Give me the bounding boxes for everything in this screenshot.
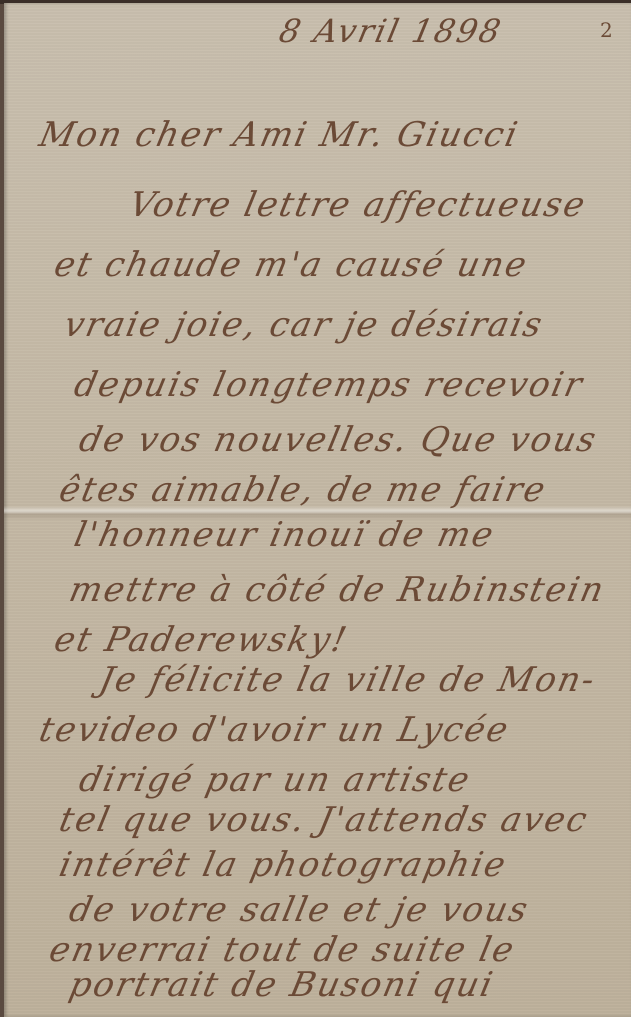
letter-line: et chaude m'a causé une [51, 245, 532, 285]
letter-line: tel que vous. J'attends avec [56, 800, 592, 840]
letter-line: dirigé par un artiste [76, 760, 475, 800]
letter-line: êtes aimable, de me faire [56, 470, 551, 510]
letter-date: 8 Avril 1898 [276, 12, 506, 50]
letter-line: depuis longtemps recevoir [71, 365, 588, 405]
letter-line: Je félicite la ville de Mon- [96, 660, 600, 700]
letter-line: mettre à côté de Rubinstein [66, 570, 609, 610]
letter-line: intérêt la photographie [56, 845, 511, 885]
letter-line: tevideo d'avoir un Lycée [36, 710, 514, 750]
letter-line: et Paderewsky! [51, 620, 352, 660]
letter-line: l'honneur inouï de me [71, 515, 499, 555]
salutation: Mon cher Ami Mr. Giucci [36, 115, 523, 155]
letter-line: Votre lettre affectueuse [126, 185, 591, 225]
letter-line: de votre salle et je vous [66, 890, 533, 930]
letter-line: enverrai tout de suite le [46, 930, 519, 970]
letter-line: vraie joie, car je désirais [61, 305, 548, 345]
letter-line: de vos nouvelles. Que vous [76, 420, 601, 460]
page-number: 2 [600, 18, 615, 42]
letter-line: portrait de Busoni qui [66, 965, 498, 1005]
